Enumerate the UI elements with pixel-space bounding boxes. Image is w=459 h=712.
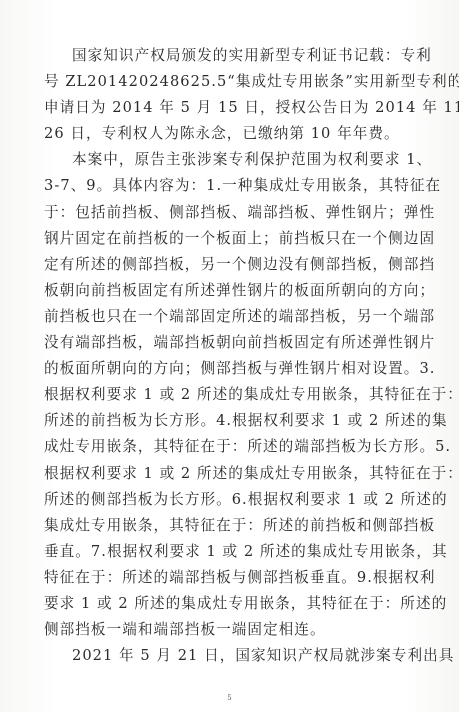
text-line: 申请日为 2014 年 5 月 15 日，授权公告日为 2014 年 11 月 (44, 95, 410, 121)
paragraph-cnipa-report: 2021 年 5 月 21 日，国家知识产权局就涉案专利出具 (44, 643, 410, 669)
text-line: 成灶专用嵌条，其特征在于：所述的端部挡板为长方形。5. (44, 434, 410, 460)
text-line: 板朝向前挡板固定有所述弹性钢片的板面所朝向的方向； (44, 278, 410, 304)
text-line: 号 ZL201420248625.5“集成灶专用嵌条”实用新型专利的 (44, 69, 410, 95)
text-line: 前挡板也只在一个端部固定所述的端部挡板，另一个端部 (44, 304, 410, 330)
document-page: 国家知识产权局颁发的实用新型专利证书记载：专利 号 ZL201420248625… (0, 0, 459, 712)
text-line: 钢片固定在前挡板的一个板面上；前挡板只在一个侧边固 (44, 226, 410, 252)
text-line: 根据权利要求 1 或 2 所述的集成灶专用嵌条，其特征在于： (44, 461, 410, 487)
text-line: 于：包括前挡板、侧部挡板、端部挡板、弹性钢片；弹性 (44, 200, 410, 226)
text-line: 要求 1 或 2 所述的集成灶专用嵌条，其特征在于：所述的 (44, 591, 410, 617)
paragraph-claims: 本案中，原告主张涉案专利保护范围为权利要求 1、 3-7、9。具体内容为：1.一… (44, 147, 410, 643)
text-line: 本案中，原告主张涉案专利保护范围为权利要求 1、 (44, 147, 410, 173)
text-line: 特征在于：所述的端部挡板与侧部挡板垂直。9.根据权利 (44, 565, 410, 591)
text-line: 垂直。7.根据权利要求 1 或 2 所述的集成灶专用嵌条，其 (44, 539, 410, 565)
page-number: 5 (0, 694, 459, 702)
text-line: 侧部挡板一端和端部挡板一端固定相连。 (44, 617, 410, 643)
text-line: 26 日，专利权人为陈永念，已缴纳第 10 年年费。 (44, 121, 410, 147)
document-body: 国家知识产权局颁发的实用新型专利证书记载：专利 号 ZL201420248625… (44, 43, 410, 669)
text-line: 所述的前挡板为长方形。4.根据权利要求 1 或 2 所述的集 (44, 408, 410, 434)
text-line: 定有所述的侧部挡板，另一个侧边没有侧部挡板，侧部挡 (44, 252, 410, 278)
text-line: 根据权利要求 1 或 2 所述的集成灶专用嵌条，其特征在于： (44, 382, 410, 408)
text-line: 2021 年 5 月 21 日，国家知识产权局就涉案专利出具 (44, 643, 410, 669)
text-line: 没有端部挡板，端部挡板朝向前挡板固定有所述弹性钢片 (44, 330, 410, 356)
text-line: 国家知识产权局颁发的实用新型专利证书记载：专利 (44, 43, 410, 69)
text-line: 的板面所朝向的方向；侧部挡板与弹性钢片相对设置。3. (44, 356, 410, 382)
paragraph-patent-certificate: 国家知识产权局颁发的实用新型专利证书记载：专利 号 ZL201420248625… (44, 43, 410, 147)
text-line: 3-7、9。具体内容为：1.一种集成灶专用嵌条，其特征在 (44, 173, 410, 199)
text-line: 所述的侧部挡板为长方形。6.根据权利要求 1 或 2 所述的 (44, 487, 410, 513)
text-line: 集成灶专用嵌条，其特征在于：所述的前挡板和侧部挡板 (44, 513, 410, 539)
